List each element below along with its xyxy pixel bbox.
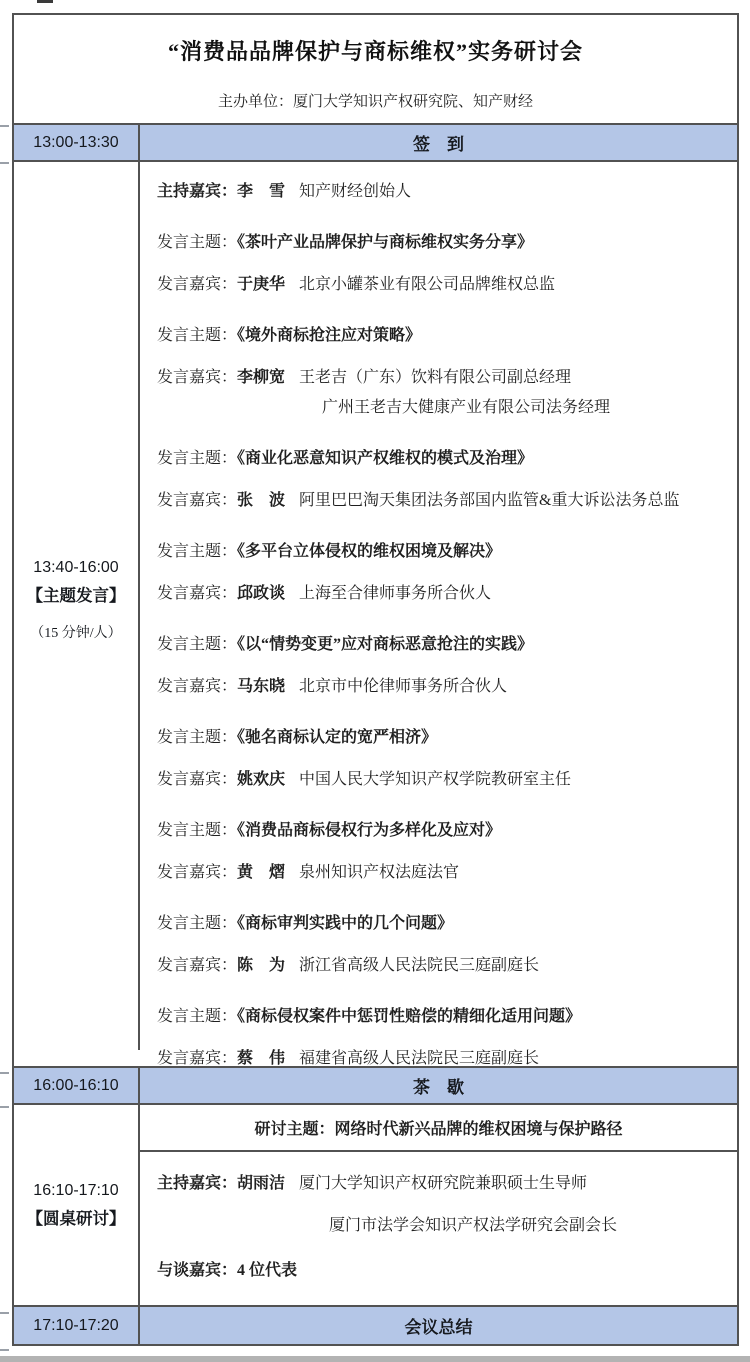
agenda-table: “消费品品牌保护与商标维权”实务研讨会 主办单位：厦门大学知识产权研究院、知产财… — [12, 13, 739, 1346]
roundtable-host-title: 厦门大学知识产权研究院兼职硕士生导师 — [299, 1175, 587, 1192]
topic-line: 发言主题：《驰名商标认定的宽严相济》 — [157, 723, 729, 753]
roundtable-body: 主持嘉宾：胡雨洁厦门大学知识产权研究院兼职硕士生导师 厦门市法学会知识产权法学研… — [140, 1152, 737, 1305]
speaker-title: 浙江省高级人民法院民三庭副庭长 — [299, 957, 539, 974]
session-group: 发言主题：《以“情势变更”应对商标恶意抢注的实践》发言嘉宾：马东晓北京市中伦律师… — [157, 630, 729, 702]
row-summary: 17:10-17:20 会议总结 — [14, 1307, 737, 1344]
topic-label: 发言主题： — [157, 543, 237, 560]
host-label: 主持嘉宾： — [157, 183, 237, 200]
topic-title: 《商业化恶意知识产权维权的模式及治理》 — [237, 450, 533, 467]
keynote-session-type: 【主题发言】 — [27, 582, 126, 610]
speaker-line: 发言嘉宾：李柳宽王老吉（广东）饮料有限公司副总经理 — [157, 363, 729, 393]
speaker-name: 张 波 — [237, 492, 285, 509]
panelists-label: 与谈嘉宾： — [157, 1262, 237, 1279]
panelists-line: 与谈嘉宾：4 位代表 — [157, 1256, 729, 1286]
roundtable-host-line: 主持嘉宾：胡雨洁厦门大学知识产权研究院兼职硕士生导师 — [157, 1169, 729, 1199]
speaker-name: 李柳宽 — [237, 369, 285, 386]
discussion-topic-text: 网络时代新兴品牌的维权困境与保护路径 — [335, 1116, 623, 1139]
speaker-label: 发言嘉宾： — [157, 492, 237, 509]
roundtable-content: 研讨主题：网络时代新兴品牌的维权困境与保护路径 主持嘉宾：胡雨洁厦门大学知识产权… — [140, 1105, 737, 1305]
speaker-title: 北京市中伦律师事务所合伙人 — [299, 678, 507, 695]
keynote-content: 主持嘉宾：李 雪知产财经创始人 发言主题：《茶叶产业品牌保护与商标维权实务分享》… — [140, 162, 737, 1066]
topic-label: 发言主题： — [157, 915, 237, 932]
keynote-time-cell: 13:40-16:00 【主题发言】 （15 分钟/人） — [14, 146, 140, 1050]
topic-label: 发言主题： — [157, 822, 237, 839]
topic-title: 《茶叶产业品牌保护与商标维权实务分享》 — [237, 234, 533, 251]
speaker-line: 发言嘉宾：邱政谈上海至合律师事务所合伙人 — [157, 579, 729, 609]
speaker-title-2: 广州王老吉大健康产业有限公司法务经理 — [157, 393, 729, 423]
scan-artifact — [0, 162, 9, 164]
row-teabreak: 16:00-16:10 茶 歇 — [14, 1068, 737, 1105]
session-group: 发言主题：《茶叶产业品牌保护与商标维权实务分享》发言嘉宾：于庚华北京小罐茶业有限… — [157, 228, 729, 300]
topic-label: 发言主题： — [157, 327, 237, 344]
speaker-name: 黄 熠 — [237, 864, 285, 881]
topic-line: 发言主题：《境外商标抢注应对策略》 — [157, 321, 729, 351]
scan-artifact — [0, 125, 9, 127]
keynote-duration-note: （15 分钟/人） — [30, 622, 121, 642]
speaker-label: 发言嘉宾： — [157, 369, 237, 386]
event-title: “消费品品牌保护与商标维权”实务研讨会 — [14, 35, 737, 66]
row-roundtable: 16:10-17:10 【圆桌研讨】 研讨主题：网络时代新兴品牌的维权困境与保护… — [14, 1105, 737, 1307]
session-group: 发言主题：《商业化恶意知识产权维权的模式及治理》发言嘉宾：张 波阿里巴巴淘天集团… — [157, 444, 729, 516]
topic-title: 《境外商标抢注应对策略》 — [237, 327, 421, 344]
host-name: 李 雪 — [237, 183, 285, 200]
topic-title: 《商标侵权案件中惩罚性赔偿的精细化适用问题》 — [237, 1008, 581, 1025]
topic-label: 发言主题： — [157, 450, 237, 467]
signin-title: 签 到 — [140, 125, 737, 160]
discussion-topic-label: 研讨主题： — [254, 1116, 334, 1139]
speaker-name: 陈 为 — [237, 957, 285, 974]
speaker-title: 阿里巴巴淘天集团法务部国内监管&重大诉讼法务总监 — [299, 492, 679, 509]
speaker-line: 发言嘉宾：于庚华北京小罐茶业有限公司品牌维权总监 — [157, 270, 729, 300]
organizer-line: 主办单位：厦门大学知识产权研究院、知产财经 — [14, 90, 737, 111]
speaker-label: 发言嘉宾： — [157, 1050, 237, 1067]
topic-label: 发言主题： — [157, 1008, 237, 1025]
speaker-name: 马东晓 — [237, 678, 285, 695]
scan-artifact — [0, 1106, 9, 1108]
summary-title: 会议总结 — [140, 1307, 737, 1344]
topic-line: 发言主题：《消费品商标侵权行为多样化及应对》 — [157, 816, 729, 846]
topic-line: 发言主题：《商标侵权案件中惩罚性赔偿的精细化适用问题》 — [157, 1002, 729, 1032]
roundtable-session-type: 【圆桌研讨】 — [27, 1205, 126, 1233]
roundtable-host-title-2: 厦门市法学会知识产权法学研究会副会长 — [157, 1211, 729, 1241]
speaker-title: 上海至合律师事务所合伙人 — [299, 585, 491, 602]
speaker-label: 发言嘉宾： — [157, 585, 237, 602]
host-line: 主持嘉宾：李 雪知产财经创始人 — [157, 177, 729, 207]
row-keynote: 13:40-16:00 【主题发言】 （15 分钟/人） 主持嘉宾：李 雪知产财… — [14, 162, 737, 1068]
keynote-sessions: 发言主题：《茶叶产业品牌保护与商标维权实务分享》发言嘉宾：于庚华北京小罐茶业有限… — [157, 228, 729, 1074]
speaker-title: 中国人民大学知识产权学院教研室主任 — [299, 771, 571, 788]
speaker-line: 发言嘉宾：陈 为浙江省高级人民法院民三庭副庭长 — [157, 951, 729, 981]
roundtable-time: 16:10-17:10 — [33, 1177, 118, 1205]
scan-artifact — [0, 1356, 750, 1362]
teabreak-time: 16:00-16:10 — [14, 1068, 140, 1103]
speaker-name: 姚欢庆 — [237, 771, 285, 788]
session-group: 发言主题：《商标侵权案件中惩罚性赔偿的精细化适用问题》发言嘉宾：蔡 伟福建省高级… — [157, 1002, 729, 1074]
speaker-name: 于庚华 — [237, 276, 285, 293]
topic-title: 《消费品商标侵权行为多样化及应对》 — [237, 822, 501, 839]
topic-line: 发言主题：《商标审判实践中的几个问题》 — [157, 909, 729, 939]
teabreak-title: 茶 歇 — [140, 1068, 737, 1103]
speaker-line: 发言嘉宾：黄 熠泉州知识产权法庭法官 — [157, 858, 729, 888]
topic-line: 发言主题：《以“情势变更”应对商标恶意抢注的实践》 — [157, 630, 729, 660]
speaker-name: 蔡 伟 — [237, 1050, 285, 1067]
speaker-name: 邱政谈 — [237, 585, 285, 602]
topic-title: 《驰名商标认定的宽严相济》 — [237, 729, 437, 746]
speaker-label: 发言嘉宾： — [157, 864, 237, 881]
speaker-label: 发言嘉宾： — [157, 771, 237, 788]
keynote-time: 13:40-16:00 — [33, 554, 118, 582]
scan-artifact — [0, 1072, 9, 1074]
topic-line: 发言主题：《茶叶产业品牌保护与商标维权实务分享》 — [157, 228, 729, 258]
speaker-line: 发言嘉宾：姚欢庆中国人民大学知识产权学院教研室主任 — [157, 765, 729, 795]
scan-artifact — [0, 1349, 9, 1351]
header-row: “消费品品牌保护与商标维权”实务研讨会 主办单位：厦门大学知识产权研究院、知产财… — [14, 15, 737, 125]
session-group: 发言主题：《驰名商标认定的宽严相济》发言嘉宾：姚欢庆中国人民大学知识产权学院教研… — [157, 723, 729, 795]
topic-label: 发言主题： — [157, 636, 237, 653]
speaker-label: 发言嘉宾： — [157, 678, 237, 695]
roundtable-host-name: 胡雨洁 — [237, 1175, 285, 1192]
session-group: 发言主题：《消费品商标侵权行为多样化及应对》发言嘉宾：黄 熠泉州知识产权法庭法官 — [157, 816, 729, 888]
speaker-line: 发言嘉宾：马东晓北京市中伦律师事务所合伙人 — [157, 672, 729, 702]
speaker-title: 福建省高级人民法院民三庭副庭长 — [299, 1050, 539, 1067]
topic-label: 发言主题： — [157, 234, 237, 251]
topic-title: 《多平台立体侵权的维权困境及解决》 — [237, 543, 501, 560]
speaker-title: 王老吉（广东）饮料有限公司副总经理 — [299, 369, 571, 386]
agenda-page: “消费品品牌保护与商标维权”实务研讨会 主办单位：厦门大学知识产权研究院、知产财… — [0, 0, 750, 1362]
discussion-topic-line: 研讨主题：网络时代新兴品牌的维权困境与保护路径 — [140, 1105, 737, 1152]
host-title: 知产财经创始人 — [299, 183, 411, 200]
session-group: 发言主题：《境外商标抢注应对策略》发言嘉宾：李柳宽王老吉（广东）饮料有限公司副总… — [157, 321, 729, 423]
speaker-label: 发言嘉宾： — [157, 957, 237, 974]
scan-artifact — [37, 0, 53, 3]
topic-title: 《商标审判实践中的几个问题》 — [237, 915, 453, 932]
speaker-title: 北京小罐茶业有限公司品牌维权总监 — [299, 276, 555, 293]
summary-time: 17:10-17:20 — [14, 1307, 140, 1344]
topic-line: 发言主题：《商业化恶意知识产权维权的模式及治理》 — [157, 444, 729, 474]
roundtable-time-cell: 16:10-17:10 【圆桌研讨】 — [14, 1105, 140, 1305]
speaker-title: 泉州知识产权法庭法官 — [299, 864, 459, 881]
topic-label: 发言主题： — [157, 729, 237, 746]
speaker-label: 发言嘉宾： — [157, 276, 237, 293]
topic-line: 发言主题：《多平台立体侵权的维权困境及解决》 — [157, 537, 729, 567]
session-group: 发言主题：《多平台立体侵权的维权困境及解决》发言嘉宾：邱政谈上海至合律师事务所合… — [157, 537, 729, 609]
roundtable-host-label: 主持嘉宾： — [157, 1175, 237, 1192]
speaker-line: 发言嘉宾：张 波阿里巴巴淘天集团法务部国内监管&重大诉讼法务总监 — [157, 486, 729, 516]
topic-title: 《以“情势变更”应对商标恶意抢注的实践》 — [237, 636, 533, 653]
session-group: 发言主题：《商标审判实践中的几个问题》发言嘉宾：陈 为浙江省高级人民法院民三庭副… — [157, 909, 729, 981]
panelists-value: 4 位代表 — [237, 1262, 297, 1279]
scan-artifact — [0, 1312, 9, 1314]
